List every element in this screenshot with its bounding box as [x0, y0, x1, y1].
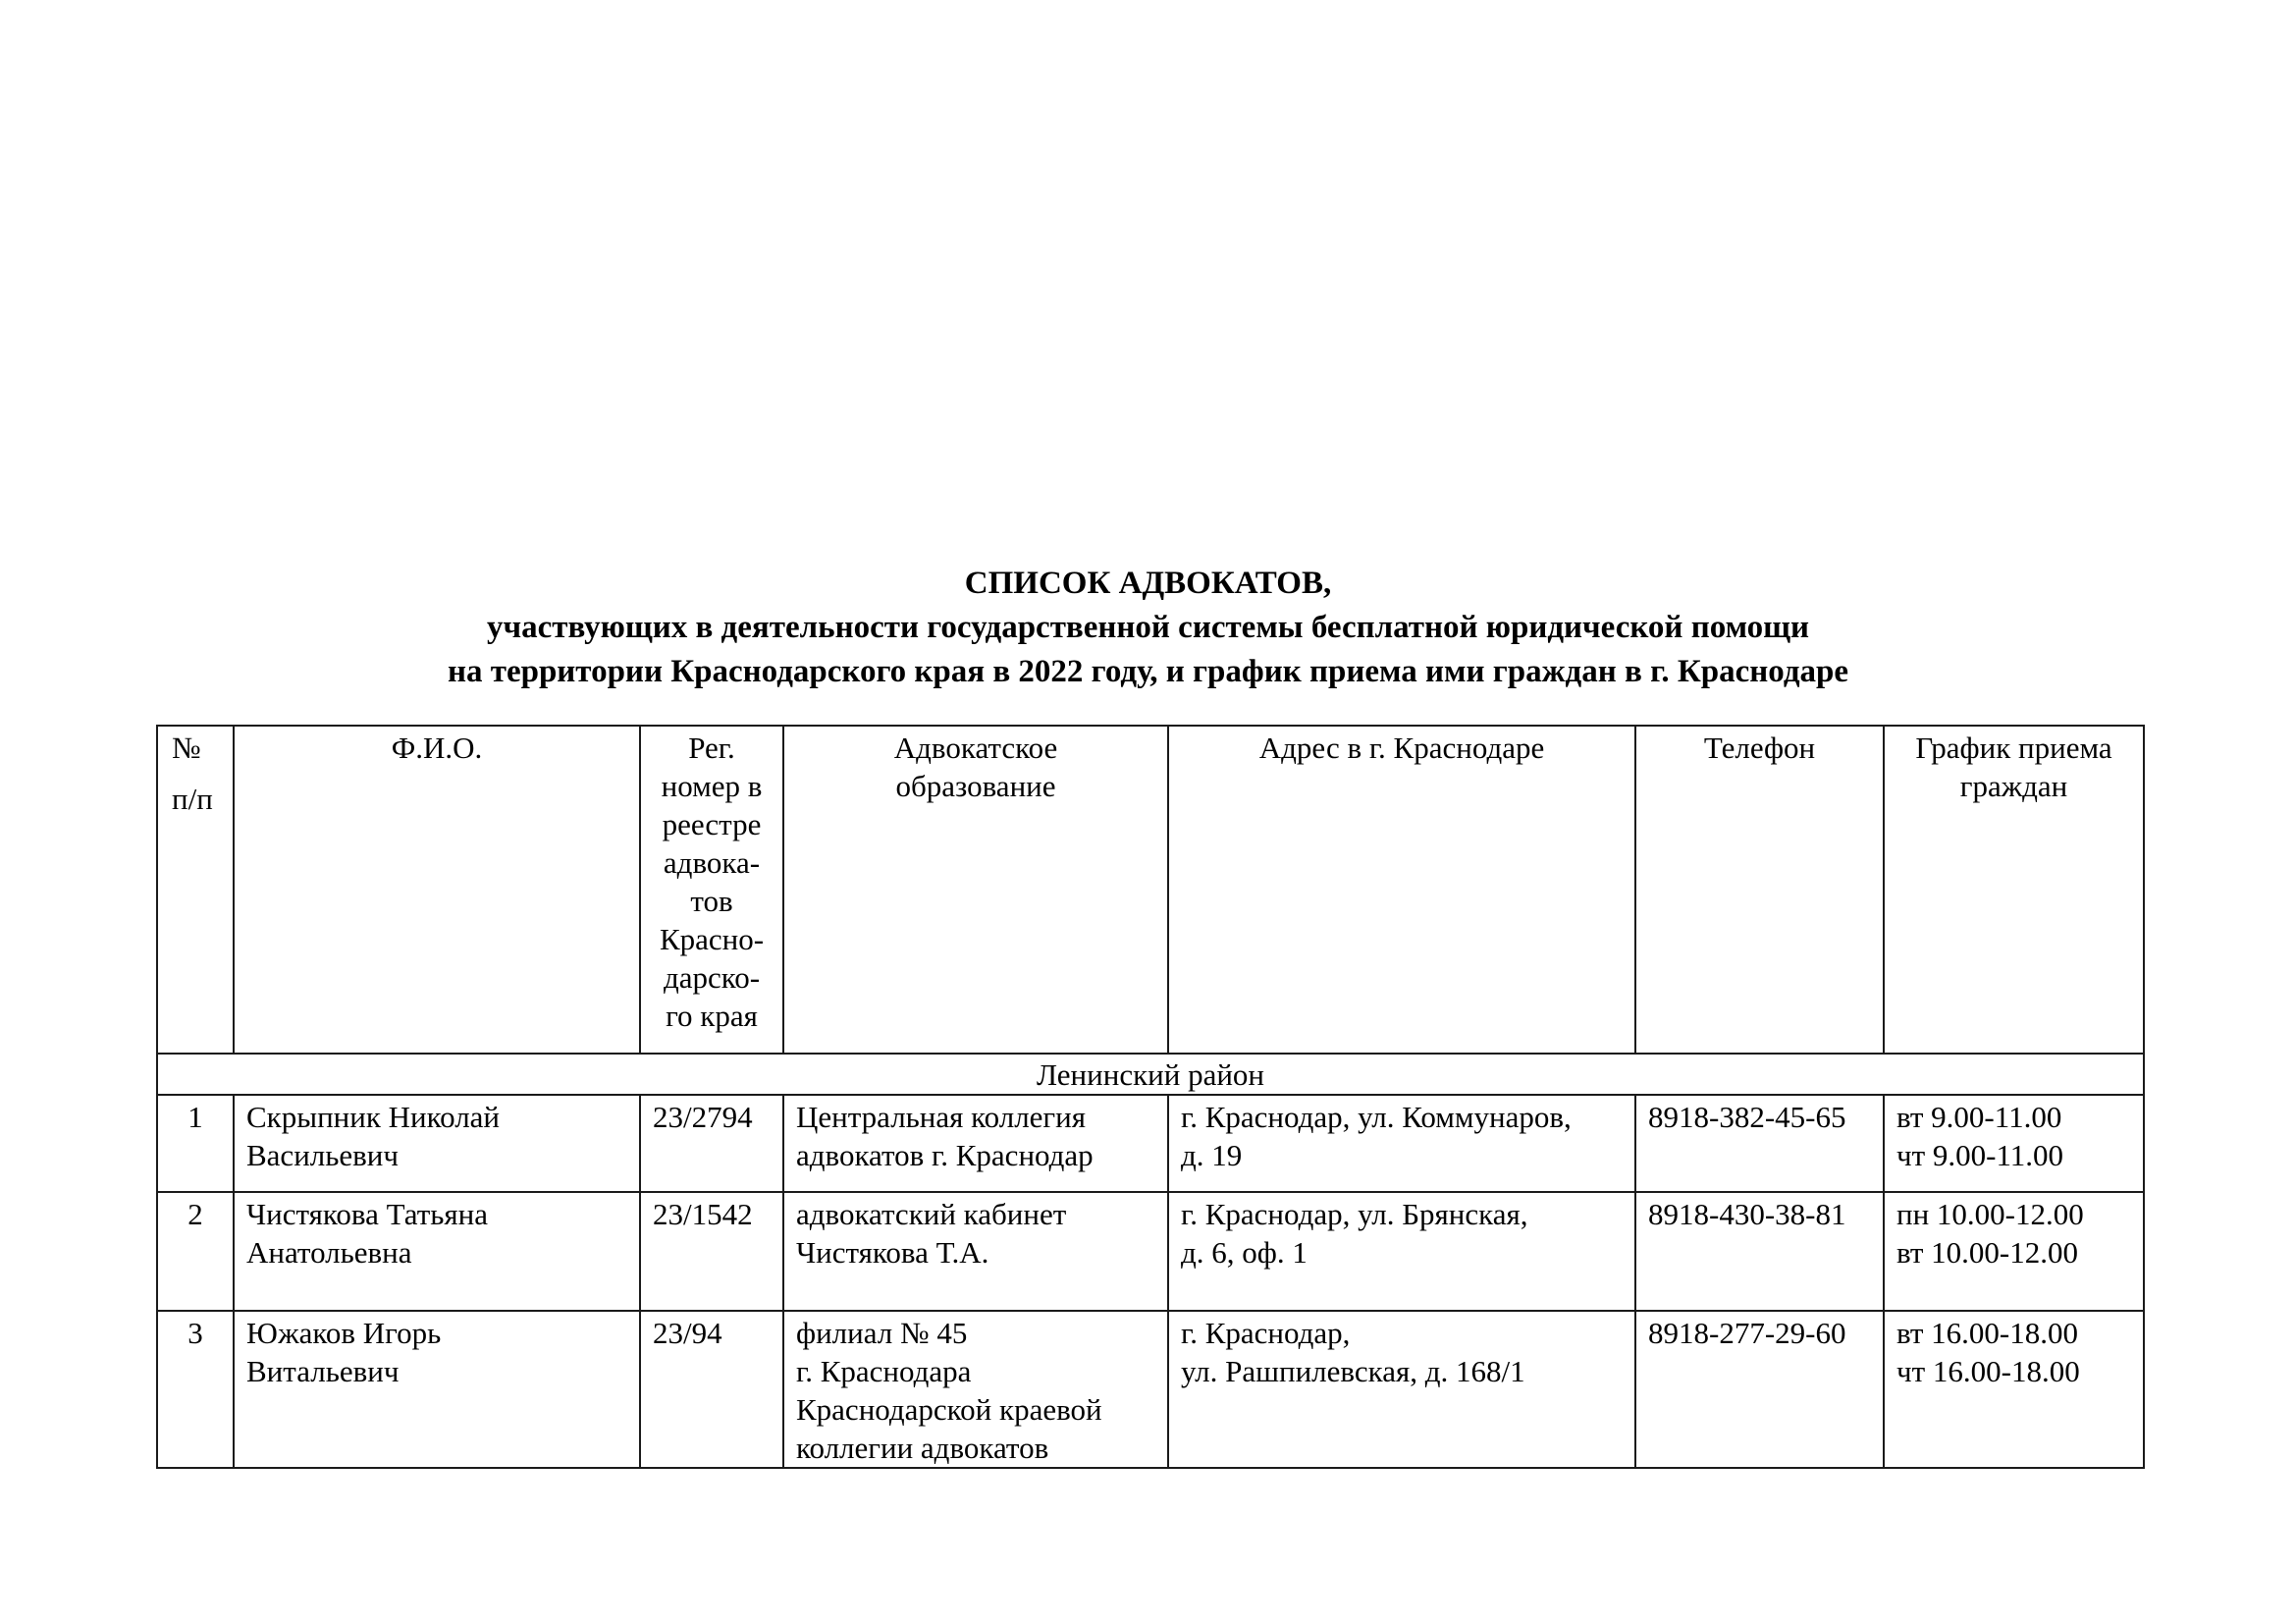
- row-name: Южаков Игорь Витальевич: [234, 1311, 640, 1468]
- title-line-1: СПИСОК АДВОКАТОВ,: [0, 562, 2296, 606]
- district-row: Ленинский район: [157, 1054, 2144, 1095]
- row-name: Чистякова Татьяна Анатольевна: [234, 1192, 640, 1311]
- row-num: 2: [157, 1192, 234, 1311]
- row-schedule: пн 10.00-12.00 вт 10.00-12.00: [1884, 1192, 2144, 1311]
- title-line-2: участвующих в деятельности государственн…: [0, 606, 2296, 650]
- header-phone: Телефон: [1635, 726, 1884, 1054]
- row-reg: 23/94: [640, 1311, 783, 1468]
- header-num: № п/п: [157, 726, 234, 1054]
- header-schedule: График приема граждан: [1884, 726, 2144, 1054]
- row-org: Центральная коллегия адвокатов г. Красно…: [783, 1095, 1168, 1192]
- header-address: Адрес в г. Краснодаре: [1168, 726, 1635, 1054]
- row-phone: 8918-277-29-60: [1635, 1311, 1884, 1468]
- table-row: 1 Скрыпник Николай Васильевич 23/2794 Це…: [157, 1095, 2144, 1192]
- row-name: Скрыпник Николай Васильевич: [234, 1095, 640, 1192]
- header-reg: Рег. номер в реестре адвока- тов Красно-…: [640, 726, 783, 1054]
- row-reg: 23/2794: [640, 1095, 783, 1192]
- district-name: Ленинский район: [157, 1054, 2144, 1095]
- table-row: 3 Южаков Игорь Витальевич 23/94 филиал №…: [157, 1311, 2144, 1468]
- row-schedule: вт 16.00-18.00 чт 16.00-18.00: [1884, 1311, 2144, 1468]
- table-header-row: № п/п Ф.И.О. Рег. номер в реестре адвока…: [157, 726, 2144, 1054]
- row-address: г. Краснодар, ул. Коммунаров, д. 19: [1168, 1095, 1635, 1192]
- row-num: 3: [157, 1311, 234, 1468]
- row-address: г. Краснодар, ул. Рашпилевская, д. 168/1: [1168, 1311, 1635, 1468]
- row-num: 1: [157, 1095, 234, 1192]
- row-org: филиал № 45 г. Краснодара Краснодарской …: [783, 1311, 1168, 1468]
- header-name: Ф.И.О.: [234, 726, 640, 1054]
- document-title: СПИСОК АДВОКАТОВ, участвующих в деятельн…: [0, 562, 2296, 694]
- row-reg: 23/1542: [640, 1192, 783, 1311]
- row-phone: 8918-430-38-81: [1635, 1192, 1884, 1311]
- lawyers-table: № п/п Ф.И.О. Рег. номер в реестре адвока…: [156, 725, 2145, 1469]
- row-schedule: вт 9.00-11.00 чт 9.00-11.00: [1884, 1095, 2144, 1192]
- title-line-3: на территории Краснодарского края в 2022…: [0, 650, 2296, 694]
- table-row: 2 Чистякова Татьяна Анатольевна 23/1542 …: [157, 1192, 2144, 1311]
- header-org: Адвокатское образование: [783, 726, 1168, 1054]
- row-address: г. Краснодар, ул. Брянская, д. 6, оф. 1: [1168, 1192, 1635, 1311]
- row-org: адвокатский кабинет Чистякова Т.А.: [783, 1192, 1168, 1311]
- row-phone: 8918-382-45-65: [1635, 1095, 1884, 1192]
